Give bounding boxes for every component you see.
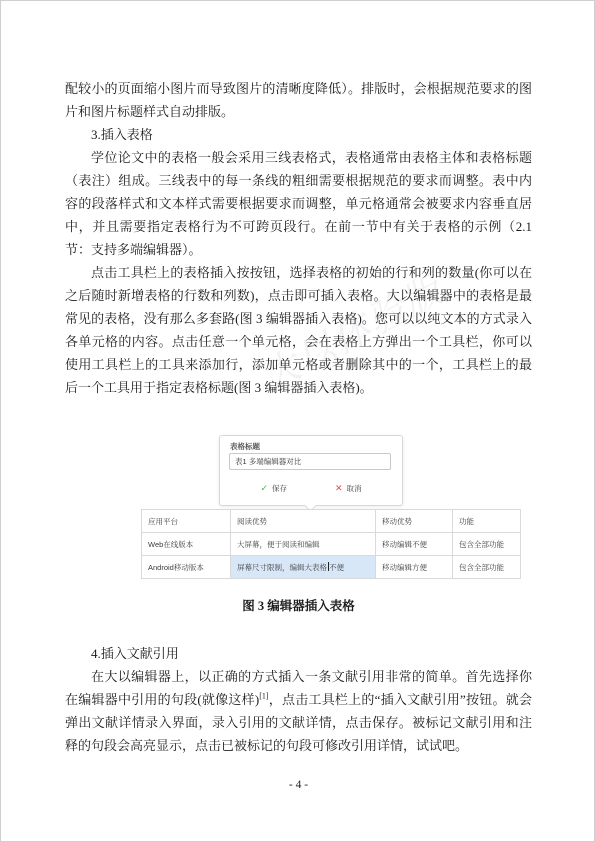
- table-row: Web在线版本 大屏幕，便于阅读和编辑 移动编辑不便 包含全部功能: [142, 533, 521, 556]
- table-cell[interactable]: 移动编辑方便: [376, 556, 453, 579]
- table-cell[interactable]: Web在线版本: [142, 533, 231, 556]
- lower-text-block: 4.插入文献引用 在大以编辑器上，以正确的方式插入一条文献引用非常的简单。首先选…: [65, 642, 532, 757]
- save-button-label: 保存: [272, 483, 287, 494]
- header-cell[interactable]: 应用平台: [142, 510, 231, 533]
- table-row: Android移动版本 屏幕尺寸限制，编辑大表格不便 移动编辑方便 包含全部功能: [142, 556, 521, 579]
- citation-marker: [1]: [259, 692, 268, 701]
- paragraph-tables-intro: 学位论文中的表格一般会采用三线表格式，表格通常由表格主体和表格标题（表注）组成。…: [65, 146, 532, 261]
- table-cell[interactable]: 移动编辑不便: [376, 533, 453, 556]
- table-cell[interactable]: Android移动版本: [142, 556, 231, 579]
- close-icon: ✕: [335, 484, 343, 493]
- upper-text-block: 配较小的页面缩小图片而导致图片的清晰度降低）。排版时，会根据规范要求的图片和图片…: [65, 77, 532, 399]
- section-heading-citation: 4.插入文献引用: [65, 642, 532, 665]
- table-header-row: 应用平台 阅读优势 移动优势 功能: [142, 510, 521, 533]
- table-cell[interactable]: 大屏幕，便于阅读和编辑: [231, 533, 376, 556]
- table-cell[interactable]: 包含全部功能: [453, 556, 521, 579]
- section-heading-tables: 3.插入表格: [65, 123, 532, 146]
- page-number: - 4 -: [1, 779, 595, 791]
- selected-cell-text-after: 不便: [329, 563, 344, 572]
- paragraph-insert-table: 点击工具栏上的表格插入按按钮，选择表格的初始的行和列的数量(你可以在之后随时新增…: [65, 261, 532, 399]
- header-cell[interactable]: 阅读优势: [231, 510, 376, 533]
- selected-cell-text-before: 屏幕尺寸限制，编辑大表格: [237, 563, 327, 572]
- header-cell[interactable]: 移动优势: [376, 510, 453, 533]
- document-page: 大以体验版 配较小的页面缩小图片而导致图片的清晰度降低）。排版时，会根据规范要求…: [0, 0, 595, 842]
- table-caption-popup: 表格标题 ✓ 保存 ✕ 取消: [219, 435, 403, 506]
- header-cell[interactable]: 功能: [453, 510, 521, 533]
- table-cell-selected[interactable]: 屏幕尺寸限制，编辑大表格不便: [231, 556, 376, 579]
- table-caption-label: 表格标题: [230, 441, 260, 452]
- table-caption-input[interactable]: [229, 453, 391, 470]
- comparison-table: 应用平台 阅读优势 移动优势 功能 Web在线版本 大屏幕，便于阅读和编辑 移动…: [141, 509, 521, 579]
- table-cell[interactable]: 包含全部功能: [453, 533, 521, 556]
- save-button[interactable]: ✓ 保存: [260, 483, 287, 494]
- cancel-button-label: 取消: [347, 483, 362, 494]
- popup-buttons: ✓ 保存 ✕ 取消: [220, 478, 402, 498]
- cancel-button[interactable]: ✕ 取消: [335, 483, 362, 494]
- figure-caption: 图 3 编辑器插入表格: [1, 596, 595, 614]
- paragraph-continuation: 配较小的页面缩小图片而导致图片的清晰度降低）。排版时，会根据规范要求的图片和图片…: [65, 77, 532, 123]
- check-icon: ✓: [260, 484, 268, 493]
- paragraph-citation: 在大以编辑器上，以正确的方式插入一条文献引用非常的简单。首先选择你在编辑器中引用…: [65, 665, 532, 757]
